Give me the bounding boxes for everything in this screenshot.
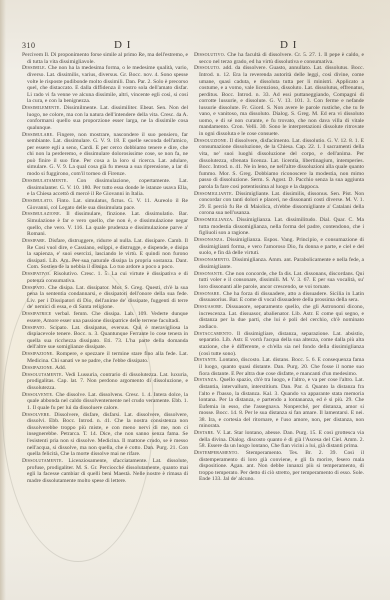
right-column: Dissolutivo. Che ha facultà di dissolver… — [194, 52, 364, 552]
entry-headword: Dissimulato. — [22, 198, 54, 204]
entry-headword: Dissimulazione. — [22, 211, 61, 217]
entry-definition: Che disipa. Lat. dissipator. Mor. S. Gre… — [27, 285, 188, 311]
entry-definition: add. da dissolvere. Guasto, annullato. L… — [199, 65, 364, 136]
dictionary-entry: Dissoluto. add. da dissolvere. Guasto, a… — [194, 65, 364, 137]
entry-definition: Add. — [55, 365, 66, 371]
entry-headword: Distanza. — [194, 377, 218, 383]
entry-headword: Dissomigliante. — [194, 191, 233, 197]
entry-headword: Dissimulare. — [22, 132, 54, 138]
dictionary-entry: Dissolutamente. Licenziosamente, sfaccia… — [22, 458, 188, 484]
entry-headword: Dissomiglianza. — [194, 217, 234, 223]
left-column: Percivem Il. Di proponimento forse simil… — [22, 52, 188, 552]
entry-definition: Che non ha la medesima forma, o le medes… — [27, 65, 188, 104]
entry-definition: verbal. femm. Che dissipa. Lab. 109. Ved… — [27, 311, 188, 324]
entry-headword: Dissipato. — [22, 325, 46, 331]
dictionary-entry: Dissomigliante. Dissimigliante. Lat. dis… — [194, 191, 364, 217]
entry-headword: Dissipatrice — [22, 311, 51, 317]
entry-headword: Dissipazione. — [22, 351, 54, 357]
entry-definition: Il dissolvere, disfacimento. Lat. dissol… — [199, 138, 364, 190]
dictionary-entry: Dissimulato. Finto. Lat. simulatus, fict… — [22, 198, 188, 211]
entry-definition: Dissuasore, separamento quello, che gli … — [199, 304, 364, 330]
dictionary-entry: Percivem Il. Di proponimento forse simil… — [22, 52, 188, 65]
dictionary-entry: Dissomiglianza. Dissimiglianza. Lat. dis… — [194, 217, 364, 237]
running-head-left: D I — [114, 39, 131, 51]
running-head-right: D I — [280, 39, 297, 51]
dictionary-entry: Dissipazione. Add. — [22, 365, 188, 372]
dictionary-entry: Distaccamento. Il dissimigliare, distanz… — [194, 331, 364, 357]
dictionary-entry: Distanza. Quello spazio, ch'è tra luogo,… — [194, 377, 364, 429]
entry-headword: Dissolutamente. — [22, 372, 63, 378]
entry-definition: Percivem Il. Di proponimento forse simil… — [22, 52, 188, 65]
entry-definition: Scipato. Lat. dissipatus, eversus. Qui è… — [27, 325, 188, 351]
page-edge-shadow — [0, 0, 6, 600]
dictionary-entry: Dissimulare. Fingere, non mostrare, nasc… — [22, 132, 188, 178]
dictionary-entry: Dissonare. Che ha forza di dissuadere, a… — [194, 291, 364, 304]
dictionary-entry: Dissipato. Che disipa. Lat. dissipator. … — [22, 285, 188, 311]
dictionary-entry: Dissimulatamente. Con dissimulazione, co… — [22, 178, 188, 198]
entry-definition: Che ha forza di dissuadere, atto a dissu… — [199, 291, 364, 304]
dictionary-entry: Dissonante. Che non concorde, che fa dis… — [194, 271, 364, 291]
entry-headword: Dissolvere. — [22, 412, 51, 418]
page-header: 310 D I D I — [22, 40, 362, 52]
entry-definition: V. Lat. Star lontano, abesse. Dan. Purg.… — [199, 430, 364, 449]
dictionary-entry: Dissolutamente. Vedi Lussuria, contrario… — [22, 372, 188, 392]
entry-definition: Disfare, distruggere, ridurre al nulla. … — [27, 238, 188, 270]
dictionary-entry: Dissipato. Scipato. Lat. dissipatus, eve… — [22, 325, 188, 351]
dictionary-entry: Dissimilemente. Dissimilmente. Lat. diss… — [22, 105, 188, 131]
entry-headword: Dissonamento. — [194, 257, 231, 263]
dictionary-entry: Dissimile. Che non ha la medesima forma,… — [22, 65, 188, 104]
dictionary-entry: Dissolutivo. Che ha facultà di dissolver… — [194, 52, 364, 65]
entry-headword: Distante. — [194, 357, 218, 363]
dictionary-entry: Dissoluzione. Il dissolvere, disfaciment… — [194, 138, 364, 190]
dictionary-entry: Dissuasore. Dissuasore, separamento quel… — [194, 304, 364, 330]
entry-headword: Dissonanza. — [194, 237, 224, 243]
entry-definition: Dissolvere, disfare, disfarsi. Lat. diss… — [27, 412, 188, 457]
entry-headword: Dissolutamente. — [22, 458, 63, 464]
entry-headword: Dissolvente. — [22, 392, 54, 398]
entry-definition: Lontano, discosto. Lat. distans. Bocc. 5… — [199, 357, 364, 376]
dictionary-entry: Dissipativo. Risolutivo. Cresc. 1. 5. La… — [22, 271, 188, 284]
dictionary-entry: Dissipare. Disfare, distruggere, ridurre… — [22, 238, 188, 271]
entry-headword: Dissimulatamente. — [22, 178, 68, 184]
dictionary-entry: Dissolvere. Dissolvere, disfare, disfars… — [22, 412, 188, 458]
entry-headword: Dissonante. — [194, 271, 224, 277]
dictionary-entry: Distemperamento. Stemperamento. Tes. Br.… — [194, 450, 364, 483]
dictionary-entry: Distante. Lontano, discosto. Lat. distan… — [194, 357, 364, 377]
entry-headword: Dissimile. — [22, 65, 46, 71]
entry-headword: Distemperamento. — [194, 450, 239, 456]
entry-definition: Quello spazio, ch'è tra luogo, e l'altro… — [199, 377, 364, 429]
entry-definition: Risolutivo. Cresc. 1. 5. La cui virtute … — [27, 271, 188, 284]
entry-headword: Dissolutivo. — [194, 52, 225, 58]
scanned-page: 310 D I D I Percivem Il. Di proponimento… — [0, 0, 390, 600]
entry-headword: Distare. — [194, 430, 215, 436]
entry-headword: Distaccamento. — [194, 331, 233, 337]
dictionary-entry: Dissolvente. Che dissolve. Lat. dissolve… — [22, 392, 188, 412]
entry-headword: Dissipare. — [22, 238, 46, 244]
dictionary-entry: Dissipatrice verbal. femm. Che dissipa. … — [22, 311, 188, 324]
entry-headword: Dissipazione. — [22, 365, 54, 371]
dictionary-entry: Dissipazione. Rompere, e spezzare il ter… — [22, 351, 188, 364]
entry-definition: Dissimiglianza. Espos. Vang. Principio, … — [199, 237, 364, 256]
dictionary-entry: Dissonamento. Dissimiglianza. Amm. ant. … — [194, 257, 364, 270]
dictionary-entry: Distare. V. Lat. Star lontano, abesse. D… — [194, 430, 364, 450]
entry-headword: Dissonare. — [194, 291, 221, 297]
entry-headword: Dissipato. — [22, 285, 46, 291]
entry-headword: Dissipativo. — [22, 271, 51, 277]
entry-definition: Che non concorde, che fa dis. Lat. disso… — [199, 271, 364, 290]
entry-headword: Dissoluzione. — [194, 138, 228, 144]
page-number: 310 — [22, 40, 36, 52]
entry-definition: Fingere, non mostrare, nascondere il suo… — [27, 132, 188, 177]
dictionary-entry: Dissonanza. Dissimiglianza. Espos. Vang.… — [194, 237, 364, 257]
entry-headword: Dissoluto. — [194, 65, 221, 71]
entry-headword: Dissuasore. — [194, 304, 223, 310]
dictionary-entry: Dissimulazione. Il dissimulare, finzione… — [22, 211, 188, 237]
entry-headword: Dissimilemente. — [22, 105, 61, 111]
